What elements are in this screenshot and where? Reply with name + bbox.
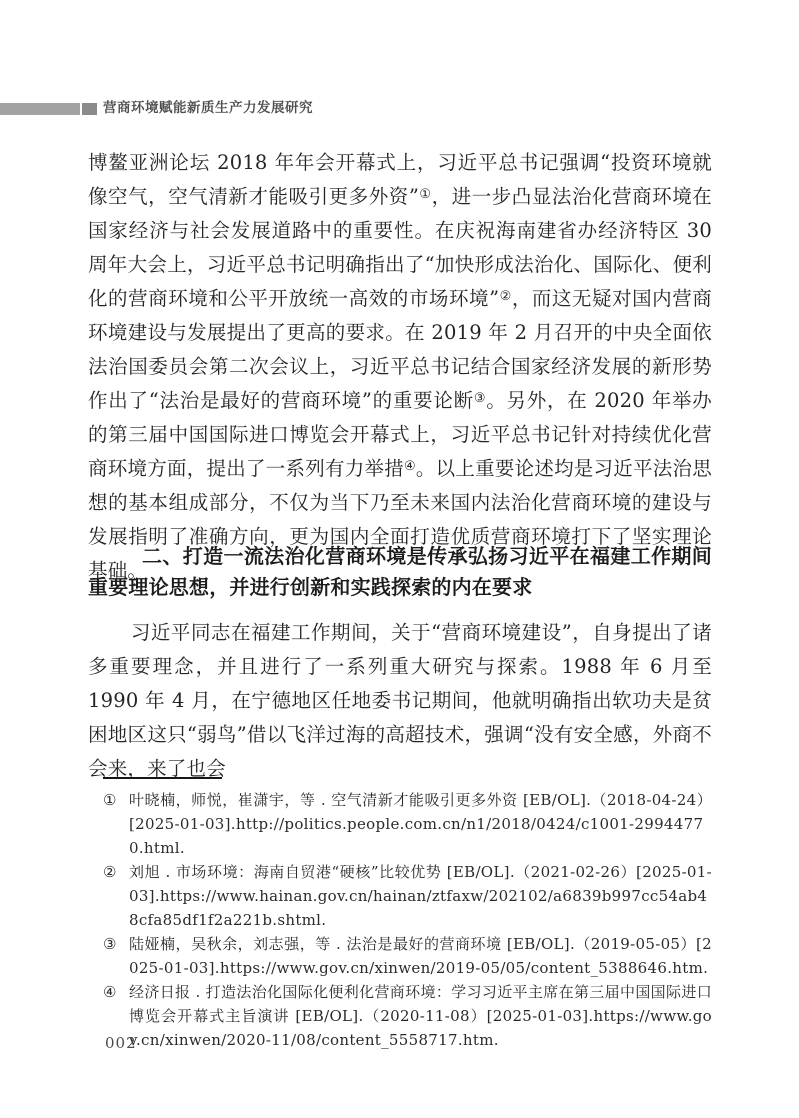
footnotes-section: ① 叶晓楠，师悦，崔潇宇，等 . 空气清新才能吸引更多外资 [EB/OL].（2… <box>103 788 712 1052</box>
footnote-reference: ④ <box>404 459 416 474</box>
footnote-item: ③ 陆娅楠，吴秋余，刘志强，等 . 法治是最好的营商环境 [EB/OL].（20… <box>103 932 712 980</box>
footnote-reference: ① <box>419 187 432 202</box>
footnote-item: ④ 经济日报 . 打造法治化国际化便利化营商环境：学习习近平主席在第三届中国国际… <box>103 980 712 1052</box>
section-heading: 二、打造一流法治化营商环境是传承弘扬习近平在福建工作期间重要理论思想，并进行创新… <box>88 541 712 603</box>
document-page: 营商环境赋能新质生产力发展研究 博鳌亚洲论坛 2018 年年会开幕式上，习近平总… <box>0 0 799 1118</box>
footnote-marker: ③ <box>103 932 129 980</box>
paragraph-2: 习近平同志在福建工作期间，关于“营商环境建设”，自身提出了诸多重要理念，并且进行… <box>88 616 712 786</box>
page-number: 002 <box>105 1033 137 1053</box>
footnote-text: 刘旭 . 市场环境：海南自贸港“硬核”比较优势 [EB/OL].（2021-02… <box>129 860 712 932</box>
footnote-item: ① 叶晓楠，师悦，崔潇宇，等 . 空气清新才能吸引更多外资 [EB/OL].（2… <box>103 788 712 860</box>
footnote-marker: ② <box>103 860 129 932</box>
running-head-bar-dark <box>82 103 97 115</box>
footnote-reference: ③ <box>474 391 486 406</box>
footnote-reference: ② <box>499 289 512 304</box>
footnote-text: 陆娅楠，吴秋余，刘志强，等 . 法治是最好的营商环境 [EB/OL].（2019… <box>129 932 712 980</box>
running-head-title: 营商环境赋能新质生产力发展研究 <box>103 99 313 117</box>
footnote-text: 叶晓楠，师悦，崔潇宇，等 . 空气清新才能吸引更多外资 [EB/OL].（201… <box>129 788 712 860</box>
footnote-text: 经济日报 . 打造法治化国际化便利化营商环境：学习习近平主席在第三届中国国际进口… <box>129 980 712 1052</box>
running-head-bar-light <box>0 103 80 115</box>
paragraph-1: 博鳌亚洲论坛 2018 年年会开幕式上，习近平总书记强调“投资环境就像空气，空气… <box>88 146 712 588</box>
footnote-marker: ① <box>103 788 129 860</box>
footnote-separator <box>103 777 222 779</box>
footnote-item: ② 刘旭 . 市场环境：海南自贸港“硬核”比较优势 [EB/OL].（2021-… <box>103 860 712 932</box>
